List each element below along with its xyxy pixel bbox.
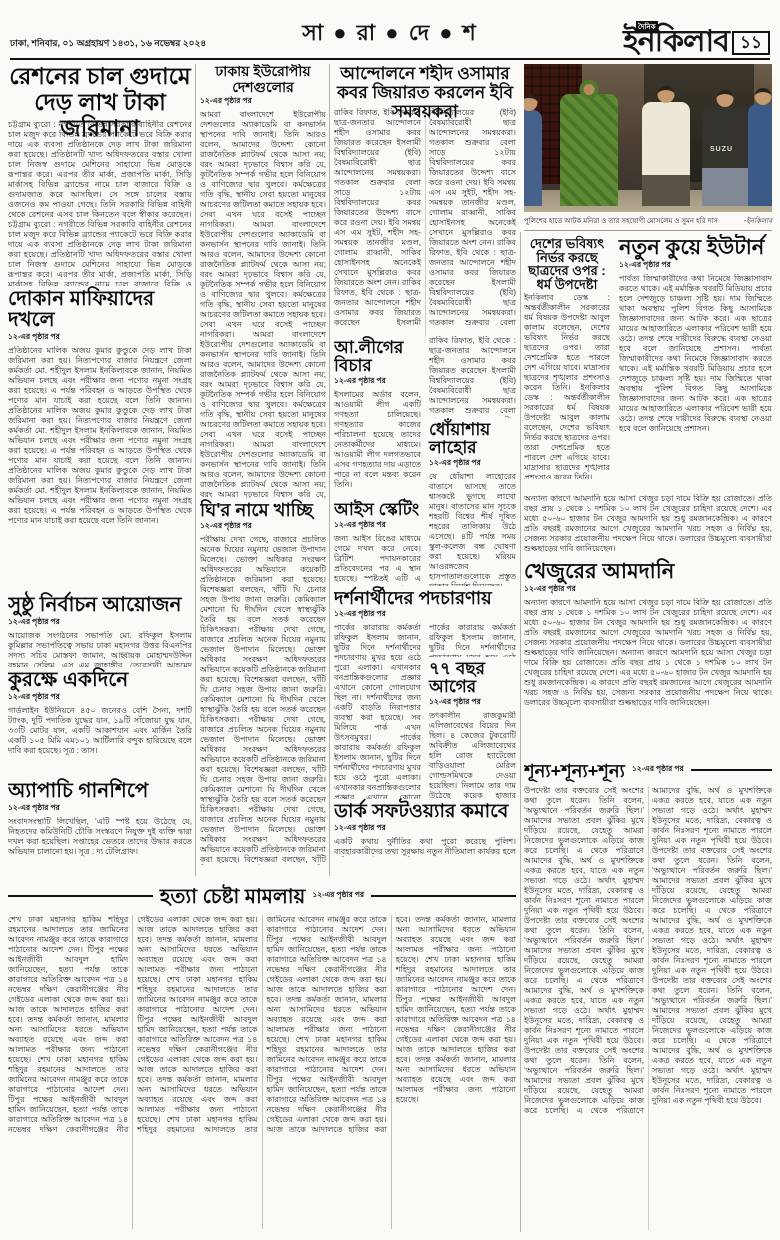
- continued-label: ১২-এর পৃষ্ঠার পর: [8, 692, 192, 704]
- article-body: উপদেষ্টা তার বক্তব্যের সেই অংশের কথা তুল…: [524, 786, 772, 1230]
- article-body: শেখ ঢাকা মহানগর হাকিম শহিদুর রহমানের আদা…: [8, 915, 516, 1229]
- photo-man-white-shirt: [642, 102, 690, 206]
- arrest-photo: SUZU: [524, 64, 772, 212]
- article-body: জন্য আইস রিঙের মাধ্যমে গেমে দখল করে নেবে…: [334, 534, 421, 586]
- column-2: ঢাকায় ইউরোপীয় দেশগুলোর ১২-এর পৃষ্ঠার প…: [200, 64, 326, 876]
- continued-label: ১২-এর পৃষ্ঠার পর: [429, 458, 516, 470]
- continued-label: ১২-এর পৃষ্ঠার পর: [632, 764, 684, 776]
- subcolumn-right: পার্কের কারারায় কর্মকর্তা রফিকুল ইসলাম …: [429, 623, 516, 799]
- article-body: চট্টগ্রাম ব্যুরো : নগরীতে বিভিন্ন সরকারি…: [8, 120, 192, 286]
- headline-osama: আন্দোলনে শহীদ ওসামার কবর জিয়ারত করলেন ই…: [334, 64, 516, 108]
- headline-future-students: দেশের ভবিষ্যৎ নির্ভর করছে ছাত্রদের ওপর :…: [524, 237, 610, 292]
- headline-dark-software: ডার্ক সফটওয়্যার কমাবে: [334, 802, 516, 822]
- right-upper-region: দেশের ভবিষ্যৎ নির্ভর করছে ছাত্রদের ওপর :…: [524, 234, 772, 490]
- date-line: ঢাকা, শনিবার, ০১ অগ্রহায়ণ ১৪৩১, ১৬ নভেম…: [10, 36, 240, 55]
- column-rule: [195, 64, 196, 876]
- continued-label: ১২-এর পৃষ্ঠার পর: [524, 584, 772, 596]
- headline-al-trial: আ.লীগের বিচার: [334, 339, 421, 375]
- masthead-prefix: দৈনিক: [636, 21, 658, 33]
- headline-ration: রেশনের চাল গুদামে দেড় লাখ টাকা জরিমানা: [8, 64, 192, 120]
- continued-label: ১২-এর পৃষ্ঠার পর: [312, 890, 364, 902]
- bottom-section: হত্যা চেষ্টা মামলায় ১২-এর পৃষ্ঠার পর শে…: [8, 882, 516, 1232]
- rule: [8, 895, 153, 897]
- headline-ice-skating: আইস স্কেটিং: [334, 501, 421, 519]
- continued-label: ১২-এর পৃষ্ঠার পর: [200, 96, 326, 108]
- continued-label: ১২-এর পৃষ্ঠার পর: [200, 521, 326, 533]
- headline-murder-case: হত্যা চেষ্টা মামলায়: [160, 887, 305, 908]
- headline-uturn: নতুন কুয়ে ইউটার্ন: [619, 237, 772, 259]
- headline-visitors: দর্শনার্থীদের পদচারণায়: [334, 589, 516, 608]
- rule: [371, 895, 516, 897]
- headline-apache: অ্যাপাচি গানশিপে: [8, 781, 192, 802]
- headline-zero-sum: শূন্য+শূন্য+শূন্য: [524, 762, 625, 781]
- continued-label: ১২-এর পৃষ্ঠার পর: [8, 332, 192, 344]
- article-body: আমরা বাংলাদেশে ইউরোপীয় দেশগুলোর অ্যাকাড…: [200, 110, 326, 498]
- headline-77-years: ৭৭ বছর আগের: [429, 660, 516, 696]
- column-1: রেশনের চাল গুদামে দেড় লাখ টাকা জরিমানা …: [8, 64, 192, 876]
- photo-man-dark-shirt: SUZU: [702, 106, 748, 206]
- page-header: ঢাকা, শনিবার, ০১ অগ্রহায়ণ ১৪৩১, ১৬ নভেম…: [10, 20, 770, 60]
- column-rule: [520, 232, 521, 1232]
- continued-label: ১২-এর পৃষ্ঠার পর: [334, 823, 516, 835]
- article-body: যে ধোঁয়াশা লাহোরের বাতাসে ভাসছে তাতে শ্…: [429, 472, 516, 586]
- subcolumn-right: রাকিব রিফাত, ইবি থেকে : ছাত্র-জনতার আন্দ…: [429, 336, 516, 586]
- continued-label: ১২-এর পৃষ্ঠার পর: [429, 697, 516, 709]
- article-body: পার্বত্য জিম্মাকারীদের কথা নিমেষে জিজ্ঞা…: [619, 274, 772, 482]
- headline-shop-mafia: দোকান মাফিয়াদের দখলে: [8, 289, 192, 331]
- photo-caption-row: পুলিশের হাতে আটক মনিরা ও তার সহযোগী মোসল…: [524, 215, 772, 231]
- continued-label: ১২-এর পৃষ্ঠার পর: [8, 803, 192, 815]
- headline-lahore: ধোঁয়াশায় লাহোর: [429, 421, 516, 457]
- masthead: দৈনিক ইনকিলাব ১১: [540, 28, 770, 55]
- rule: [691, 769, 772, 771]
- photo-caption: পুলিশের হাতে আটক মনিরা ও তার সহযোগী মোসল…: [524, 215, 718, 227]
- column-3-4: আন্দোলনে শহীদ ওসামার কবর জিয়ারত করলেন ই…: [334, 64, 516, 876]
- newspaper-page: ঢাকা, শনিবার, ০১ অগ্রহায়ণ ১৪৩১, ১৬ নভেম…: [0, 0, 780, 1240]
- photo-woman-figure: [560, 94, 618, 206]
- shirt-text: SUZU: [710, 146, 733, 153]
- article-body: গার্ডলাইন ইউনিয়নে ৪৫০ জনেরও বেশি সৈন্য,…: [8, 706, 192, 778]
- photo-credit: -ইনকিলাব: [744, 215, 772, 227]
- article-body: অন্যান্য কারণে আমদানি হয়ে আসা খেজুর চড়…: [524, 598, 772, 748]
- article-body: আয়োজক সংগঠনের সভাপতি মো. রফিকুল ইসলাম ক…: [8, 631, 192, 667]
- future-students-column: দেশের ভবিষ্যৎ নির্ভর করছে ছাত্রদের ওপর :…: [524, 234, 610, 490]
- article-body: ইনকিলাব ডেস্ক : অন্তর্বর্তীকালীন সরকারের…: [524, 293, 610, 479]
- uturn-column: নতুন কুয়ে ইউটার্ন ১২-এর পৃষ্ঠার পর পার্…: [619, 234, 772, 490]
- headline-dates-import: খেজুরের আমদানি: [524, 561, 772, 583]
- continued-label: ১২-এর পৃষ্ঠার পর: [334, 376, 421, 388]
- page-number: ১১: [732, 31, 770, 55]
- column-rule: [329, 64, 330, 876]
- article-body: রাকিব রিফাত, ইবি থেকে : ছাত্র-জনতার আন্দ…: [334, 108, 516, 336]
- article-body: একটি কথায় দুর্নীতির কথা পুরো করেছে পুলি…: [334, 837, 516, 857]
- continued-label: ১২-এর পৃষ্ঠার পর: [334, 609, 516, 621]
- continued-label: ১২-এর পৃষ্ঠার পর: [619, 260, 772, 272]
- dates-import-block: অন্যান্য কারণে আমদানি হয়ে আসা খেজুর চড়…: [524, 494, 772, 754]
- photo-police-right: [748, 104, 772, 206]
- article-body: সংবাদসংস্থাটি লিখেছিল, ‘এটি স্পষ্ট হয়ে …: [8, 817, 192, 876]
- article-body: পার্কের কারারায় কর্মকর্তা রফিকুল ইসলাম …: [429, 623, 516, 657]
- headline-ghee: ঘি'র নামে খাচ্ছি: [200, 501, 326, 520]
- photo-police-left: [524, 110, 542, 206]
- zero-sum-block: শূন্য+শূন্য+শূন্য ১২-এর পৃষ্ঠার পর উপদেষ…: [524, 758, 772, 1232]
- article-body: পার্কের কারারায় কর্মকর্তা রফিকুল ইসলাম …: [334, 623, 421, 799]
- article-body: অন্যান্য কারণে আমদানি হয়ে আসা খেজুর চড়…: [524, 494, 772, 558]
- headline-fair-election: সুষ্ঠু নির্বাচন আয়োজন: [8, 595, 192, 616]
- section-title: সা ● রা ● দে ● শ: [302, 16, 477, 55]
- headline-one-day: কুরক্ষে একদিনে: [8, 670, 192, 691]
- headline-europe: ঢাকায় ইউরোপীয় দেশগুলোর: [200, 64, 326, 95]
- article-body: ইসলামের অর্ডার বলেন, আওয়ামী লীগ একটি গণ…: [334, 390, 421, 498]
- continued-label: ১২-এর পৃষ্ঠার পর: [8, 617, 192, 629]
- subcolumn-left: আ.লীগের বিচার ১২-এর পৃষ্ঠার পর ইসলামের অ…: [334, 336, 421, 586]
- article-body: প্রতিষ্ঠানের মালিক অজয় কুমার কুণ্ডুকে দ…: [8, 346, 192, 592]
- article-body: রাকিব রিফাত, ইবি থেকে : ছাত্র-জনতার আন্দ…: [429, 336, 516, 418]
- article-body: তৎকালীন রাজকুমারী এলিজাবেথের বিয়ের দিন …: [429, 711, 516, 799]
- continued-label: ১২-এর পৃষ্ঠার পর: [334, 520, 421, 532]
- article-body: পরীক্ষায় দেখা গেছে, বাজারে প্রচলিত অনেক…: [200, 535, 326, 865]
